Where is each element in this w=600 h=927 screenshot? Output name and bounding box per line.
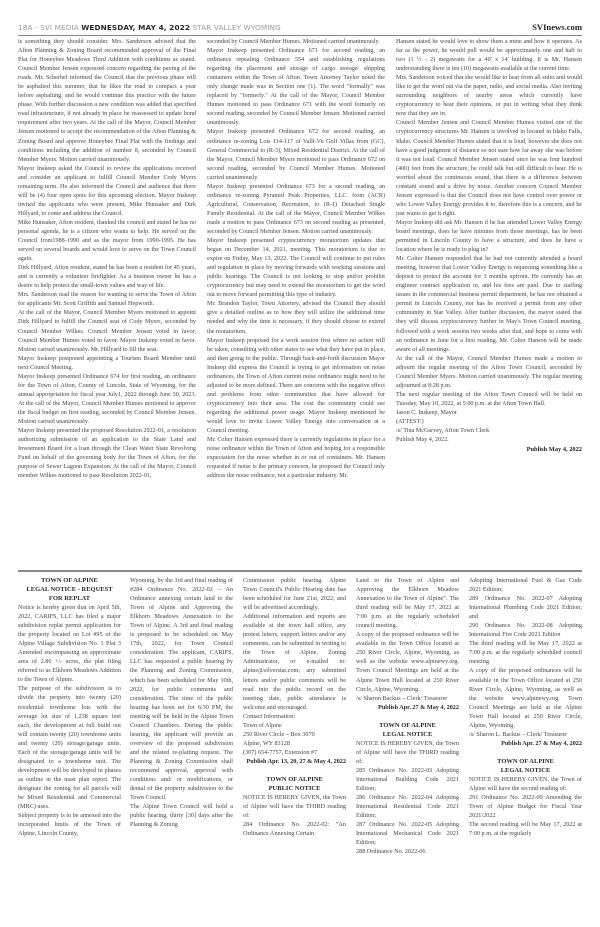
paragraph: Mike Hunsaker, Afton resident, thanked t… (18, 219, 196, 264)
notice-title: TOWN OF ALPINE (356, 721, 459, 730)
paragraph: 291 Ordinance No. 2022-09 Amending the T… (469, 793, 582, 820)
paragraph: /s/ Sharon L. Backus – Clerk/ Treasurer (469, 730, 582, 739)
paragraph: /s/ Sharon Backus – Clerk/ Treasurer (356, 694, 459, 703)
paragraph: A copy of the proposed ordinances will b… (469, 666, 582, 729)
afton-minutes-column-1: is something they should consider. Mrs. … (18, 38, 196, 481)
section-divider (500, 570, 582, 572)
contact-line: 250 River Circle – Box 3070 (243, 730, 346, 739)
paragraph: Commission public hearing. Alpine Town C… (243, 576, 346, 612)
paragraph: Mayor Inskeep did ask Mr. Hansen if he h… (396, 219, 582, 255)
page-header: 18A - SVI MEDIA WEDNESDAY, MAY 4, 2022 S… (18, 22, 582, 36)
paragraph: Mayor Inskeep presented Ordinance 674 fo… (18, 373, 196, 427)
notice-title: TOWN OF ALPINE (243, 775, 346, 784)
paragraph: Mr. Colter Hansen responded that he had … (396, 255, 582, 355)
afton-minutes-column-2: seconded by Council Member Humes. Motion… (207, 38, 385, 481)
paragraph: 290 Ordinance No. 2022-08 Adopting Inter… (469, 621, 582, 639)
paragraph: Dirk Hillyard, Afton resident, stated he… (18, 264, 196, 291)
paragraph: Wyoming, by the 3rd and final reading of… (130, 576, 233, 802)
publish-date: Publish Apr. 27 & May 4, 2022 (469, 739, 582, 748)
paragraph: Notice is hereby given that on April 5th… (18, 603, 121, 684)
paragraph: Mrs. Sanderson voiced that she would lik… (396, 74, 582, 119)
paragraph: Mr. Brandon Taylor, Town Attorney, advis… (207, 300, 385, 336)
notice-title: TOWN OF ALPINE (18, 576, 121, 585)
paragraph: At the call of the Mayor, Council Member… (396, 355, 582, 391)
signature-line: (ATTEST:) (396, 418, 582, 427)
contact-line: (307) 654-7757, Extension #7 (243, 748, 346, 757)
paragraph: Mayor Inskeep presented cryptocurrency m… (207, 237, 385, 300)
paragraph: Mayor Inskeep presented Ordinance 672 fo… (207, 128, 385, 182)
paragraph: The Alpine Town Council will hold a publ… (130, 802, 233, 829)
paragraph: Mrs. Sanderson read the reason for wanti… (18, 291, 196, 309)
paragraph: The next regular meeting of the Afton To… (396, 391, 582, 409)
replat-notice-column-2: Wyoming, by the 3rd and final reading of… (130, 576, 233, 829)
paragraph: seconded by Council Member Humes. Motion… (207, 38, 385, 47)
notice-title: LEGAL NOTICE - REQUEST (18, 585, 121, 594)
replat-notice-column-1: TOWN OF ALPINE LEGAL NOTICE - REQUEST FO… (18, 576, 121, 838)
paragraph: 284 Ordinance No. 2022-02: "An Ordinance… (243, 820, 346, 838)
paragraph: Council Member Jensen and Council Member… (396, 119, 582, 219)
contact-line: Contact Information: (243, 712, 346, 721)
paragraph: Mayor Inskeep postponed appointing a Tou… (18, 355, 196, 373)
contact-line: Alpine, WY 83128 (243, 739, 346, 748)
signature-line: /s/ Tina McGarvey, Afton Town Clerk (396, 427, 582, 436)
paragraph: Mayor Inskeep presented Ordinance 673 fo… (207, 183, 385, 237)
publish-date: Publish Apr. 27 & May 4, 2022 (356, 703, 459, 712)
paragraph: The purpose of the subdivision is to div… (18, 684, 121, 811)
contact-line: Town of Alpine (243, 721, 346, 730)
paragraph: is something they should consider. Mrs. … (18, 38, 196, 165)
paragraph: 286 Ordinance No. 2022-04 Adopting Inter… (356, 793, 459, 820)
paragraph: NOTICE IS HEREBY GIVEN, the Town of Alpi… (356, 739, 459, 766)
section-divider (18, 570, 500, 572)
paragraph: Adopting International Fuel & Gas Code 2… (469, 576, 582, 594)
paragraph: Mayor Inskeep asked the Council to revie… (18, 165, 196, 219)
paragraph: At the call of the Mayor, Council Member… (18, 309, 196, 354)
alpine-notices-column-5: Adopting International Fuel & Gas Code 2… (469, 576, 582, 838)
notice-title: TOWN OF ALPINE (469, 757, 582, 766)
paragraph: 285 Ordinance No. 2022-03 Adopting Inter… (356, 766, 459, 793)
paragraph: Hansen stated he would love to show them… (396, 38, 582, 74)
paragraph: NOTICE IS HEREBY GIVEN, the Town of Alpi… (469, 775, 582, 793)
paragraph: 287 Ordinance No. 2022-05 Adopting Inter… (356, 820, 459, 847)
afton-minutes-column-3: Hansen stated he would love to show them… (396, 38, 582, 454)
notice-title: PUBLIC NOTICE (243, 784, 346, 793)
alpine-notices-column-4: Land to the Town of Alpine and Approving… (356, 576, 459, 856)
publication-name: STAR VALLEY WYOMING (192, 23, 280, 32)
notice-title: FOR REPLAT (18, 594, 121, 603)
publish-date: Publish May 4, 2022 (396, 445, 582, 454)
site-name: SVInews.com (532, 22, 582, 32)
issue-date: WEDNESDAY, MAY 4, 2022 (81, 23, 190, 32)
paragraph: NOTICE IS HEREBY GIVEN, the Town of Alpi… (243, 793, 346, 820)
paragraph: Subject property is to be annexed into t… (18, 811, 121, 838)
header-left: 18A - SVI MEDIA WEDNESDAY, MAY 4, 2022 S… (18, 23, 281, 32)
section-label: 18A - SVI MEDIA (18, 23, 79, 32)
replat-notice-column-3: Commission public hearing. Alpine Town C… (243, 576, 346, 838)
paragraph: A copy of the proposed ordinance will be… (356, 630, 459, 693)
paragraph: 288 Ordinance No. 2022-06 (356, 847, 459, 856)
paragraph: The third reading will be May 17, 2022 a… (469, 639, 582, 666)
signature-line: Publish May 4, 2022. (396, 436, 582, 445)
paragraph: Mr. Colter Hansen expressed there is cur… (207, 436, 385, 481)
signature-line: Jason C. Inskeep, Mayor (396, 409, 582, 418)
notice-title: LEGAL NOTICE (356, 730, 459, 739)
paragraph: Mayor Inskeep presented Ordinance 671 fo… (207, 47, 385, 128)
paragraph: 289 Ordinance No. 2022-07 Adopting Inter… (469, 594, 582, 621)
paragraph: Land to the Town of Alpine and Approving… (356, 576, 459, 630)
paragraph: Additional information and reports are a… (243, 612, 346, 712)
paragraph: Mayor Inskeep presented the proposed Res… (18, 427, 196, 481)
notice-title: LEGAL NOTICE (469, 766, 582, 775)
publish-date: Publish Apr. 13, 20, 27 & May 4, 2022 (243, 757, 346, 766)
paragraph: The second reading will be May 17, 2022 … (469, 820, 582, 838)
paragraph: Mayor Inskeep proposed for a work sessio… (207, 337, 385, 437)
